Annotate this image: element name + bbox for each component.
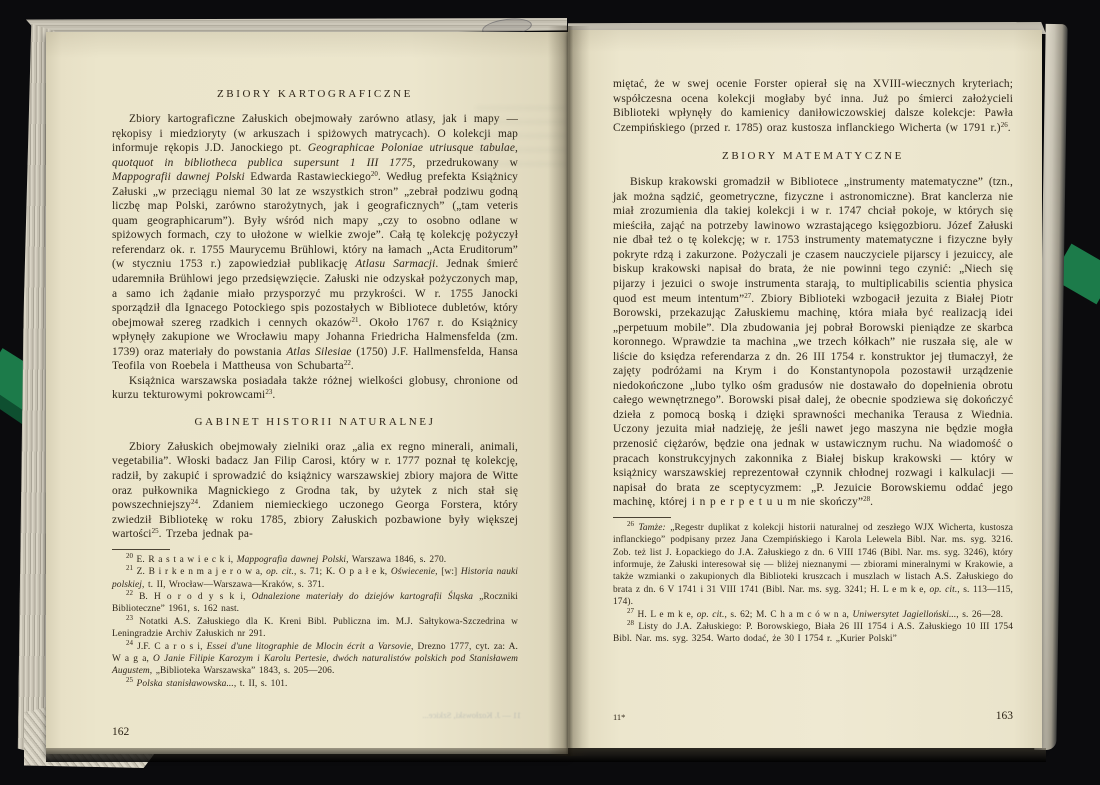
- footnote-22: 22 B. H o r o d y s k i, Odnalezione mat…: [112, 591, 518, 616]
- footnote-28: 28 Listy do J.A. Załuskiego: P. Borowski…: [613, 621, 1013, 646]
- page-footer-row: 11* 163: [613, 710, 1013, 722]
- paragraph-mathematical: Biskup krakowski gromadził w Bibliotece …: [613, 175, 1013, 510]
- footnote-25: 25 Polska stanisławowska..., t. II, s. 1…: [112, 678, 518, 690]
- footnotes-left: 20 E. R a s t a w i e c k i, Mappografia…: [112, 554, 518, 690]
- paragraph-continuation: miętać, że w swej ocenie Forster opierał…: [613, 77, 1013, 135]
- paragraph-natural-history: Zbiory Załuskich obejmowały zielniki ora…: [112, 440, 518, 542]
- section-heading-cartographic: ZBIORY KARTOGRAFICZNE: [112, 88, 518, 100]
- footnotes-right: 26 Tamże: „Regestr duplikat z kolekcji h…: [613, 522, 1013, 646]
- paragraph-cartographic-2: Książnica warszawska posiadała także róż…: [112, 374, 518, 403]
- page-number-162: 162: [112, 726, 129, 738]
- footnote-separator: [112, 549, 170, 550]
- section-heading-natural-history: GABINET HISTORII NATURALNEJ: [112, 416, 518, 428]
- scanned-book-photo: { "book": { "left_page": { "heading_cart…: [0, 0, 1100, 785]
- ink-showthrough-text: 11 — J. Kozłowski, Szkice...: [291, 710, 521, 720]
- book-bottom-shadow: [46, 748, 1046, 762]
- footnote-27: 27 H. L e m k e, op. cit., s. 62; M. C h…: [613, 609, 1013, 621]
- footnote-separator: [613, 517, 671, 518]
- open-book-spread: ZBIORY KARTOGRAFICZNE Zbiory kartografic…: [20, 18, 1062, 760]
- footnote-21: 21 Z. B i r k e n m a j e r o w a, op. c…: [112, 566, 518, 591]
- footnote-24: 24 J.F. C a r o s i, Essei d'une litogra…: [112, 641, 518, 678]
- left-page: ZBIORY KARTOGRAFICZNE Zbiory kartografic…: [46, 32, 568, 754]
- page-number-163: 163: [996, 710, 1013, 722]
- footnote-23: 23 Notatki A.S. Załuskiego dla K. Kreni …: [112, 616, 518, 641]
- paragraph-cartographic-1: Zbiory kartograficzne Załuskich obejmowa…: [112, 112, 518, 374]
- right-page: miętać, że w swej ocenie Forster opierał…: [568, 30, 1042, 748]
- footnote-20: 20 E. R a s t a w i e c k i, Mappografia…: [112, 554, 518, 566]
- footnote-26: 26 Tamże: „Regestr duplikat z kolekcji h…: [613, 522, 1013, 609]
- signature-mark: 11*: [613, 712, 625, 722]
- section-heading-mathematical: ZBIORY MATEMATYCZNE: [613, 150, 1013, 162]
